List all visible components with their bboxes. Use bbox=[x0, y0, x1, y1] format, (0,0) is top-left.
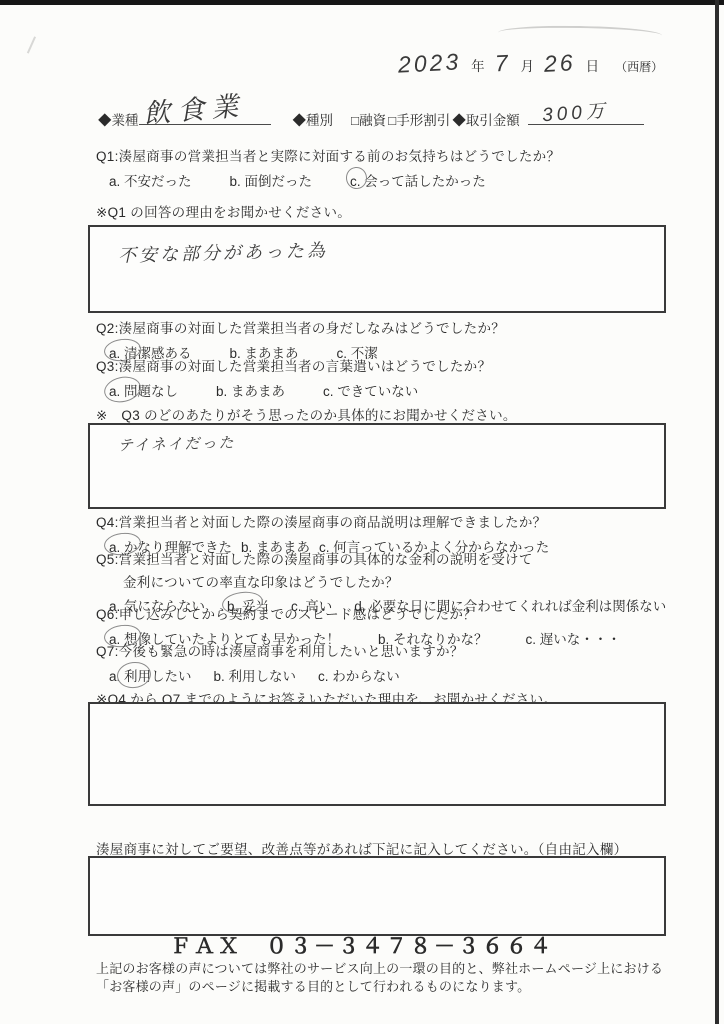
fax-number: ＦＡＸ ０３－３４７８－３６６４ bbox=[0, 930, 724, 960]
question-q2-text: Q2:湊屋商事の対面した営業担当者の身だしなみはどうでしたか？ bbox=[96, 320, 664, 338]
scan-smudge bbox=[498, 25, 662, 44]
amount-field: 300万 bbox=[528, 106, 644, 125]
type-label: ◆種別 bbox=[293, 109, 334, 129]
question-q6-text: Q6:申し込みしてから契約までのスピード感はどうでしたか？ bbox=[96, 606, 664, 624]
option-q3-b: b. まあまあ bbox=[216, 380, 285, 400]
free-entry-note: 湊屋商事に対してご要望、改善点等があれば下記に記入してください。（自由記入欄） bbox=[96, 838, 627, 858]
note-q3: ※ Q3 のどのあたりがそう思ったのか具体的にお聞かせください。 bbox=[96, 404, 517, 424]
option-q1-b: b. 面倒だった bbox=[230, 170, 313, 190]
date-year-value: 2023 bbox=[397, 48, 461, 78]
date-day-label: 日 bbox=[586, 55, 600, 75]
question-q3: Q3:湊屋商事の対面した営業担当者の言葉遣いはどうでしたか？ a. 問題なし b… bbox=[96, 358, 664, 400]
date-row: 2023 年 7 月 26 日 （西暦） bbox=[398, 50, 663, 77]
q3-reason-handwriting: テイネイだった bbox=[118, 431, 236, 455]
industry-field: 飲食業 bbox=[139, 104, 271, 125]
answer-box-q1: 不安な部分があった為 bbox=[88, 225, 666, 313]
footer-line-2: 「お客様の声」のページに掲載する目的として行われるものになります。 bbox=[96, 978, 664, 996]
q1-reason-handwriting: 不安な部分があった為 bbox=[118, 236, 328, 267]
date-month-value: 7 bbox=[494, 50, 511, 78]
question-q2: Q2:湊屋商事の対面した営業担当者の身だしなみはどうでしたか？ a. 清潔感ある… bbox=[96, 320, 664, 362]
industry-handwritten-value: 飲食業 bbox=[141, 84, 246, 132]
date-year-label: 年 bbox=[471, 55, 485, 75]
question-q7-options: a. 利用したい b. 利用しない c. わからない bbox=[96, 665, 664, 685]
amount-label: ◆取引金額 bbox=[452, 109, 520, 129]
business-info-row: ◆業種 飲食業 ◆種別 □融資 □手形割引 ◆取引金額 300万 bbox=[98, 104, 658, 129]
question-q5-text-2: 金利についての率直な印象はどうでしたか？ bbox=[96, 571, 664, 591]
date-day-value: 26 bbox=[543, 49, 576, 78]
free-entry-box bbox=[88, 856, 666, 936]
note-q1: ※Q1 の回答の理由をお聞かせください。 bbox=[96, 201, 351, 221]
amount-handwritten-value: 300万 bbox=[541, 96, 609, 128]
checkbox-financing: □融資 bbox=[351, 109, 386, 129]
answer-box-q4-q7 bbox=[88, 702, 666, 806]
footer-line-1: 上記のお客様の声については弊社のサービス向上の一環の目的と、弊社ホームページ上に… bbox=[96, 960, 664, 978]
answer-box-q3: テイネイだった bbox=[88, 423, 666, 509]
option-q3-a: a. 問題なし bbox=[109, 380, 178, 400]
option-q7-c: c. わからない bbox=[318, 665, 400, 685]
date-month-label: 月 bbox=[520, 55, 534, 75]
option-q1-a: a. 不安だった bbox=[109, 170, 192, 190]
question-q7: Q7:今後も緊急の時は湊屋商事を利用したいと思いますか？ a. 利用したい b.… bbox=[96, 643, 664, 685]
scan-top-edge bbox=[0, 0, 724, 5]
industry-label: ◆業種 bbox=[98, 109, 139, 129]
question-q1: Q1:湊屋商事の営業担当者と実際に対面する前のお気持ちはどうでしたか？ a. 不… bbox=[96, 148, 664, 190]
question-q5-text: Q5:営業担当者と対面した際の湊屋商事の具体的な金利の説明を受けて bbox=[96, 551, 664, 569]
question-q3-text: Q3:湊屋商事の対面した営業担当者の言葉遣いはどうでしたか？ bbox=[96, 358, 664, 376]
question-q4-text: Q4:営業担当者と対面した際の湊屋商事の商品説明は理解できましたか？ bbox=[96, 514, 664, 532]
question-q1-options: a. 不安だった b. 面倒だった c. 会って話したかった bbox=[96, 170, 664, 190]
option-q7-b: b. 利用しない bbox=[214, 665, 297, 685]
footer-text: 上記のお客様の声については弊社のサービス向上の一環の目的と、弊社ホームページ上に… bbox=[96, 960, 664, 997]
question-q4: Q4:営業担当者と対面した際の湊屋商事の商品説明は理解できましたか？ a. かな… bbox=[96, 514, 664, 556]
scanned-survey-page: 2023 年 7 月 26 日 （西暦） ◆業種 飲食業 ◆種別 □融資 □手形… bbox=[0, 0, 724, 1024]
option-q1-c: c. 会って話したかった bbox=[350, 170, 486, 190]
scan-right-edge bbox=[715, 0, 719, 1024]
question-q6: Q6:申し込みしてから契約までのスピード感はどうでしたか？ a. 想像していたよ… bbox=[96, 606, 664, 648]
question-q3-options: a. 問題なし b. まあまあ c. できていない bbox=[96, 380, 664, 400]
question-q7-text: Q7:今後も緊急の時は湊屋商事を利用したいと思いますか？ bbox=[96, 643, 664, 661]
option-q3-c: c. できていない bbox=[323, 380, 418, 400]
question-q1-text: Q1:湊屋商事の営業担当者と実際に対面する前のお気持ちはどうでしたか？ bbox=[96, 148, 664, 166]
date-era-note: （西暦） bbox=[615, 58, 663, 75]
scan-smudge-2 bbox=[27, 36, 45, 57]
option-q7-a: a. 利用したい bbox=[109, 665, 192, 685]
checkbox-bill-discount: □手形割引 bbox=[388, 109, 450, 129]
